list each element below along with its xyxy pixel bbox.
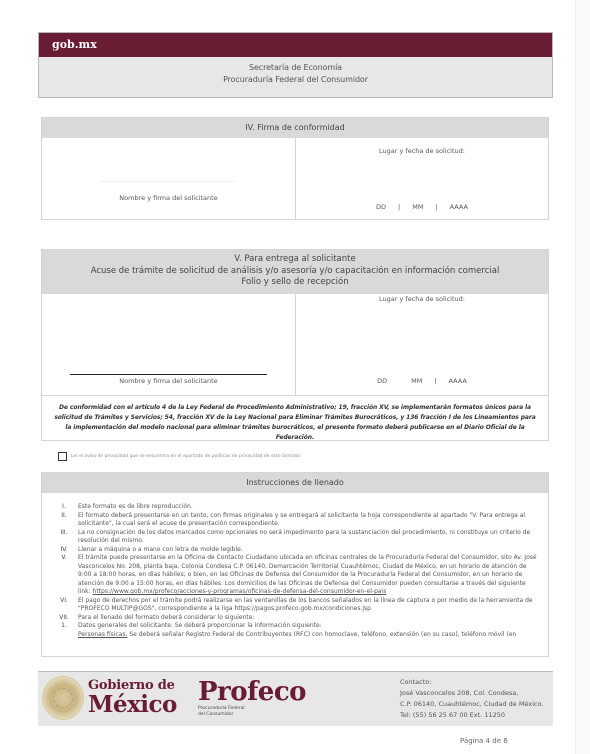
page-number: Página 4 de 6: [460, 737, 508, 745]
instruction-text: La no consignación de los datos marcados…: [78, 529, 540, 546]
document-header: gob.mx Secretaría de Economía Procuradur…: [38, 32, 553, 98]
instruction-subheading: Personas físicas.: [78, 631, 127, 638]
section-v-folio: Folio y sello de recepción: [42, 277, 548, 289]
date-aaaa: AAAA: [450, 203, 468, 211]
page-right-margin: [575, 0, 590, 754]
privacy-label: Leí el aviso de privacidad que se encuen…: [71, 454, 300, 459]
date-mm: MM: [412, 203, 423, 211]
profeco-sub2: del Consumidor: [198, 712, 306, 718]
date-dd: DD: [377, 377, 387, 385]
instruction-text: Datos generales del solicitante. Se debe…: [78, 622, 540, 631]
instruction-text: Para el llenado del formato deberá consi…: [78, 614, 540, 623]
instruction-number: [50, 631, 78, 640]
instruction-number: VI.: [50, 597, 78, 614]
mexico-seal-icon: [42, 676, 84, 720]
instruction-body: La no consignación de los datos marcados…: [78, 529, 530, 545]
instruction-item: IV.Llenar a máquina o a mano con letra d…: [50, 546, 540, 555]
contact-phone: Tel: (55) 56 25 67 00 Ext. 11250: [400, 710, 544, 721]
privacy-checkbox[interactable]: [58, 452, 67, 461]
instructions-title: Instrucciones de llenado: [42, 473, 548, 493]
contact-address-2: C.P. 06140, Cuauhtémoc, Ciudad de México…: [400, 699, 544, 710]
date-sep: |: [434, 377, 436, 385]
instruction-body: El pago de derechos por el trámite podrá…: [78, 597, 533, 613]
date-sep: |: [435, 203, 437, 211]
signature-line: [70, 374, 267, 375]
instruction-number: III.: [50, 529, 78, 546]
instruction-item: VII.Para el llenado del formato deberá c…: [50, 614, 540, 623]
instruction-text: El trámite puede presentarse en la Ofici…: [78, 554, 540, 597]
instruction-item: III.La no consignación de los datos marc…: [50, 529, 540, 546]
instruction-item: I.Este formato es de libre reproducción.: [50, 503, 540, 512]
instruction-number: II.: [50, 512, 78, 529]
instruction-number: IV.: [50, 546, 78, 555]
section-firma-conformidad: IV. Firma de conformidad Nombre y firma …: [41, 117, 549, 220]
instruction-number: I.: [50, 503, 78, 512]
instruction-body: El formato deberá presentarse en un tant…: [78, 512, 525, 528]
instruction-item: 1.Datos generales del solicitante. Se de…: [50, 622, 540, 631]
contact-info: Contacto: José Vasconcelos 208, Col. Con…: [400, 677, 544, 721]
section-entrega-solicitante: V. Para entrega al solicitante Acuse de …: [41, 249, 549, 441]
profeco-logo: Profeco Procuraduría Federal del Consumi…: [198, 678, 306, 718]
instruction-body: Se deberá señalar Registro Federal de Co…: [127, 631, 516, 638]
instruction-body: Llenar a máquina o a mano con letra de m…: [78, 546, 243, 553]
profeco-wordmark: Profeco: [198, 678, 306, 706]
date-mm: MM: [411, 377, 422, 385]
instruction-text: Llenar a máquina o a mano con letra de m…: [78, 546, 540, 555]
instruction-number: 1.: [50, 622, 78, 631]
place-date-label: Lugar y fecha de solicitud:: [296, 295, 548, 303]
instruction-body: Para el llenado del formato deberá consi…: [78, 614, 254, 621]
place-date-field[interactable]: Lugar y fecha de solicitud: DDMM|AAAA: [295, 294, 548, 395]
signature-label: Nombre y firma del solicitante: [42, 194, 295, 202]
oficinas-link[interactable]: https://www.gob.mx/profeco/acciones-y-pr…: [93, 588, 387, 595]
section-iv-title: IV. Firma de conformidad: [42, 118, 548, 138]
place-date-label: Lugar y fecha de solicitud:: [296, 147, 548, 155]
instruction-text: El pago de derechos por el trámite podrá…: [78, 597, 540, 614]
privacy-consent[interactable]: Leí el aviso de privacidad que se encuen…: [58, 452, 300, 461]
gobierno-mexico-logo: Gobierno de México: [88, 679, 177, 716]
procuraduria-name: Procuraduría Federal del Consumidor: [39, 74, 552, 86]
document-footer: Gobierno de México Profeco Procuraduría …: [38, 671, 553, 726]
instruction-item: Personas físicas. Se deberá señalar Regi…: [50, 631, 540, 640]
date-dd: DD: [376, 203, 386, 211]
instruction-item: VI.El pago de derechos por el trámite po…: [50, 597, 540, 614]
contact-address-1: José Vasconcelos 208, Col. Condesa,: [400, 688, 544, 699]
instruction-body: Este formato es de libre reproducción.: [78, 503, 193, 510]
section-v-subtitle: Acuse de trámite de solicitud de análisi…: [42, 266, 548, 278]
signature-label: Nombre y firma del solicitante: [42, 377, 295, 385]
legal-notice: De conformidad con el artículo 4 de la L…: [42, 396, 548, 450]
signature-field[interactable]: Nombre y firma del solicitante: [42, 294, 295, 395]
secretaria-name: Secretaría de Economía: [39, 62, 552, 74]
instruction-item: II.El formato deberá presentarse en un t…: [50, 512, 540, 529]
date-aaaa: AAAA: [449, 377, 467, 385]
section-instrucciones: Instrucciones de llenado I.Este formato …: [41, 472, 549, 657]
gob-mx-brand: gob.mx: [39, 33, 552, 57]
instruction-text: Este formato es de libre reproducción.: [78, 503, 540, 512]
instruction-body: Datos generales del solicitante. Se debe…: [78, 622, 322, 629]
contact-title: Contacto:: [400, 677, 544, 688]
section-v-title: V. Para entrega al solicitante: [42, 254, 548, 266]
signature-field[interactable]: Nombre y firma del solicitante: [42, 138, 295, 220]
instruction-text: El formato deberá presentarse en un tant…: [78, 512, 540, 529]
instruction-number: V.: [50, 554, 78, 597]
gob-logo-line2: México: [88, 693, 177, 716]
instructions-list: I.Este formato es de libre reproducción.…: [42, 493, 548, 639]
place-date-field[interactable]: Lugar y fecha de solicitud: DD|MM|AAAA: [295, 138, 548, 220]
date-sep: |: [398, 203, 400, 211]
date-format: DD|MM|AAAA: [296, 203, 548, 211]
instruction-item: V.El trámite puede presentarse en la Ofi…: [50, 554, 540, 597]
signature-line: [100, 181, 235, 182]
date-format: DDMM|AAAA: [296, 377, 548, 385]
instruction-text: Personas físicas. Se deberá señalar Regi…: [78, 631, 540, 640]
instruction-number: VII.: [50, 614, 78, 623]
